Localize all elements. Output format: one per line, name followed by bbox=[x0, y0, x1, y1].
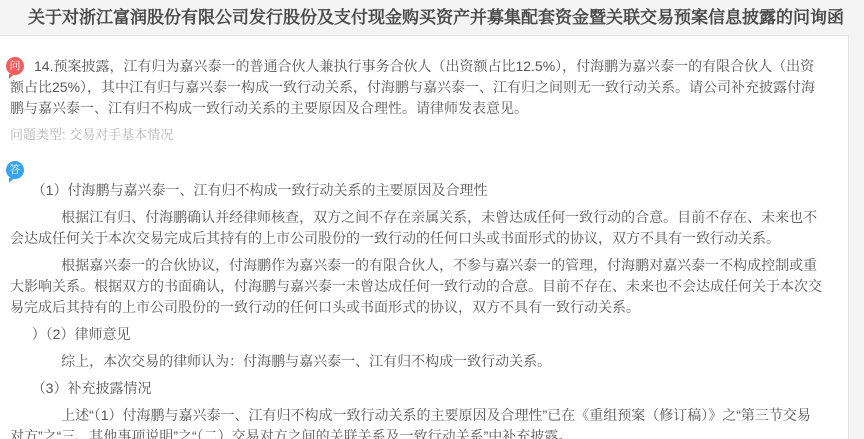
answer-body: （1）付海鹏与嘉兴泰一、江有归不构成一致行动关系的主要原因及合理性根据江有归、付… bbox=[10, 180, 822, 439]
question-type: 问题类型: 交易对手基本情况 bbox=[10, 124, 822, 145]
answer-paragraph: （1）付海鹏与嘉兴泰一、江有归不构成一致行动关系的主要原因及合理性 bbox=[10, 180, 822, 201]
answer-paragraph: 综上，本次交易的律师认为：付海鹏与嘉兴泰一、江有归不构成一致行动关系。 bbox=[10, 351, 822, 372]
answer-paragraph: 根据嘉兴泰一的合伙协议，付海鹏作为嘉兴泰一的有限合伙人，不参与嘉兴泰一的管理，付… bbox=[10, 255, 822, 318]
page-title: 关于对浙江富润股份有限公司发行股份及支付现金购买资产并募集配套资金暨关联交易预案… bbox=[0, 0, 864, 35]
answer-paragraph: 上述“（1）付海鹏与嘉兴泰一、江有归不构成一致行动关系的主要原因及合理性”已在《… bbox=[10, 405, 822, 439]
question-block: 问 14.预案披露，江有归为嘉兴泰一的普通合伙人兼执行事务合伙人（出资额占比12… bbox=[10, 56, 822, 119]
question-text: 14.预案披露，江有归为嘉兴泰一的普通合伙人兼执行事务合伙人（出资额占比12.5… bbox=[10, 56, 822, 119]
answer-icon-row: 答 bbox=[6, 158, 822, 178]
answer-paragraph: （3）补充披露情况 bbox=[10, 378, 822, 399]
question-bubble-icon: 问 bbox=[6, 57, 24, 75]
question-type-label: 问题类型: bbox=[10, 127, 66, 142]
qa-card: 问 14.预案披露，江有归为嘉兴泰一的普通合伙人兼执行事务合伙人（出资额占比12… bbox=[0, 35, 849, 439]
answer-paragraph: 根据江有归、付海鹏确认并经律师核查，双方之间不存在亲属关系，未曾达成任何一致行动… bbox=[10, 207, 822, 249]
answer-paragraph: ）（2）律师意见 bbox=[10, 324, 822, 345]
question-type-value: 交易对手基本情况 bbox=[69, 127, 173, 142]
answer-bubble-icon: 答 bbox=[6, 161, 24, 179]
